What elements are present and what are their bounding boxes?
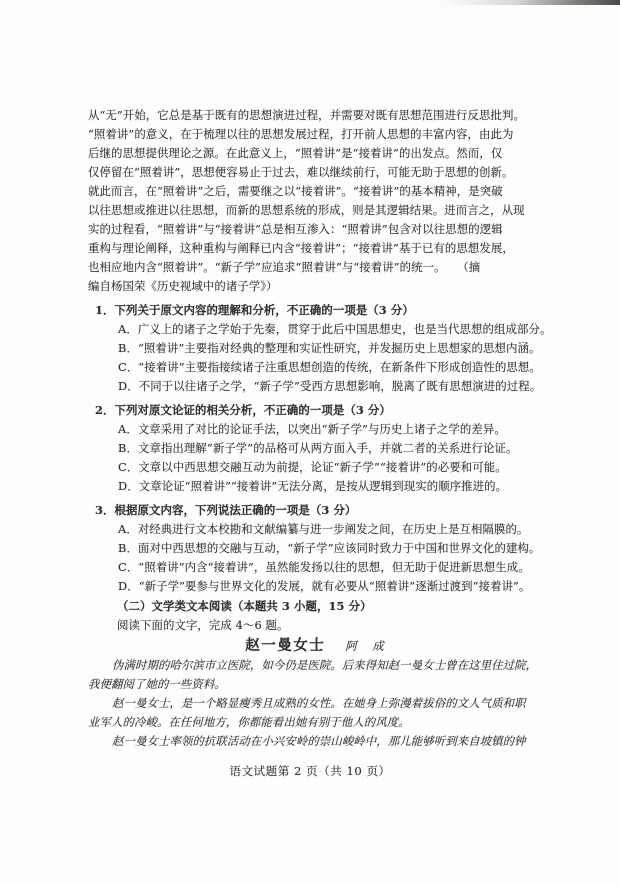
question-2-option-b: B．文章指出理解“新子学”的品格可从两方面入手，并就二者的关系进行论证。: [88, 439, 543, 458]
question-3-option-b: B．面对中西思想的交融与互动，“新子学”应该同时致力于中国和世界文化的建构。: [88, 539, 543, 558]
story-paragraph-line: 业军人的冷峻。在任何地方，你都能看出她有别于他人的风度。: [88, 713, 543, 732]
question-2: 2．下列对原文论证的相关分析，不正确的一项是（3 分） A．文章采用了对比的论证…: [88, 401, 543, 496]
passage-line: 也相应地内含“照着讲”。“新子学”应追求“照着讲”与“接着讲”的统一。 （摘: [88, 258, 543, 277]
section-two-literary-reading: （二）文学类文本阅读（本题共 3 小题，15 分） 阅读下面的文字，完成 4～6…: [88, 597, 543, 751]
passage-one: 从“无”开始，它总是基于既有的思想演进过程，并需要对既有思想范围进行反思批判。 …: [88, 106, 543, 296]
passage-line: “照着讲”的意义，在于梳理以往的思想发展过程，打开前人思想的丰富内容，由此为: [88, 125, 543, 144]
story-paragraph-line: 赵一曼女士率领的抗联活动在小兴安岭的崇山峻岭中，那儿能够听到来自坡镇的钟: [88, 732, 543, 751]
story-paragraph-line: 赵一曼女士，是一个略显瘦秀且成熟的女性。在她身上弥漫着拔俗的文人气质和职: [88, 694, 543, 713]
passage-line: 仅停留在“照着讲”，思想便容易止于过去，难以继续前行，可能无助于思想的创新。: [88, 163, 543, 182]
question-3-stem: 3．根据原文内容，下列说法正确的一项是（3 分）: [88, 501, 543, 520]
question-3: 3．根据原文内容，下列说法正确的一项是（3 分） A．对经典进行文本校勘和文献编…: [88, 501, 543, 596]
page-number: 语文试题第 2 页（共 10 页）: [0, 763, 620, 779]
passage-line: 重构与理论阐释，这种重构与阐释已内含“接着讲”；“接着讲”基于已有的思想发展，: [88, 239, 543, 258]
passage-line: 后继的思想提供理论之源。在此意义上，“照着讲”是“接着讲”的出发点。然而，仅: [88, 144, 543, 163]
passage-line: 以往思想或推进以往思想，而新的思想系统的形成，则是其逻辑结果。进而言之，从现: [88, 201, 543, 220]
section-two-heading: （二）文学类文本阅读（本题共 3 小题，15 分）: [88, 597, 543, 616]
passage-line: 实的过程看，“照着讲”与“接着讲”总是相互渗入：“照着讲”包含对以往思想的逻辑: [88, 220, 543, 239]
question-2-stem: 2．下列对原文论证的相关分析，不正确的一项是（3 分）: [88, 401, 543, 420]
question-1-option-a: A．广义上的诸子之学始于先秦，贯穿于此后中国思想史，也是当代思想的组成部分。: [88, 320, 543, 339]
question-2-option-c: C．文章以中西思想交融互动为前提，论证“新子学”“接着讲”的必要和可能。: [88, 458, 543, 477]
story-title-line: 赵一曼女士阿 成: [88, 635, 543, 656]
question-1-option-d: D．不同于以往诸子之学，“新子学”受西方思想影响，脱离了既有思想演进的过程。: [88, 377, 543, 396]
question-3-option-a: A．对经典进行文本校勘和文献编纂与进一步阐发之间，在历史上是互相隔膜的。: [88, 520, 543, 539]
scan-artifact: [442, 0, 620, 5]
passage-line: 从“无”开始，它总是基于既有的思想演进过程，并需要对既有思想范围进行反思批判。: [88, 106, 543, 125]
page-content: 从“无”开始，它总是基于既有的思想演进过程，并需要对既有思想范围进行反思批判。 …: [88, 106, 543, 751]
question-2-option-a: A．文章采用了对比的论证手法，以突出“新子学”与历史上诸子之学的差异。: [88, 420, 543, 439]
question-1-stem: 1．下列关于原文内容的理解和分析，不正确的一项是（3 分）: [88, 301, 543, 320]
passage-line: 就此而言，在“照着讲”之后，需要继之以“接着讲”。“接着讲”的基本精神，是突破: [88, 182, 543, 201]
question-1: 1．下列关于原文内容的理解和分析，不正确的一项是（3 分） A．广义上的诸子之学…: [88, 301, 543, 396]
story-author: 阿 成: [345, 639, 386, 653]
question-1-option-b: B．“照着讲”主要指对经典的整理和实证性研究，并发掘历史上思想家的思想内涵。: [88, 339, 543, 358]
question-3-option-c: C．“照着讲”内含“接着讲”，虽然能发扬以往的思想，但无助于促进新思想生成。: [88, 558, 543, 577]
exam-paper-page: 从“无”开始，它总是基于既有的思想演进过程，并需要对既有思想范围进行反思批判。 …: [0, 0, 620, 884]
question-3-option-d: D．“新子学”要参与世界文化的发展，就有必要从“照着讲”逐渐过渡到“接着讲”。: [88, 577, 543, 596]
section-two-instruction: 阅读下面的文字，完成 4～6 题。: [88, 616, 543, 635]
story-title: 赵一曼女士: [245, 637, 325, 654]
question-2-option-d: D．文章论证“照着讲”“接着讲”无法分离，是按从逻辑到现实的顺序推进的。: [88, 477, 543, 496]
story-paragraph-line: 伪满时期的哈尔滨市立医院，如今仍是医院。后来得知赵一曼女士曾在这里住过院，: [88, 656, 543, 675]
passage-attribution: 编自杨国荣《历史视域中的诸子学》）: [88, 277, 543, 296]
story-paragraph-line: 我便翻阅了她的一些资料。: [88, 675, 543, 694]
question-1-option-c: C．“接着讲”主要指接续诸子注重思想创造的传统，在新条件下形成创造性的思想。: [88, 358, 543, 377]
